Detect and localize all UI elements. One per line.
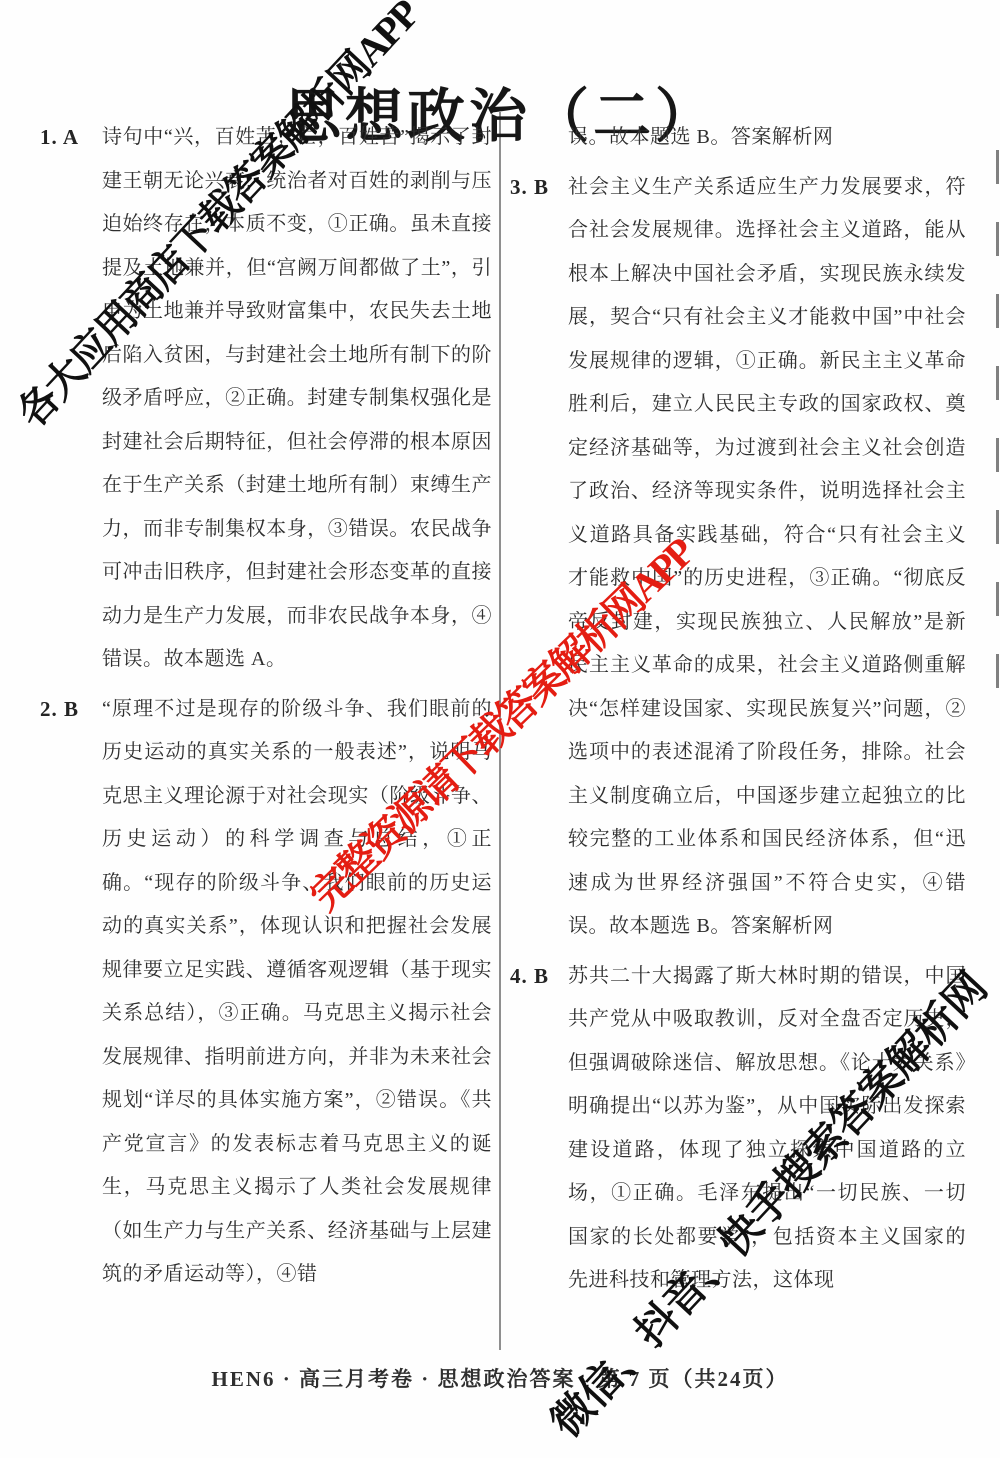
answer-columns: 1. A 诗句中“兴，百姓苦；亡，百姓苦”揭示了封建王朝无论兴衰，统治者对百姓的… bbox=[40, 116, 968, 1366]
answer-label: 1. A bbox=[40, 116, 102, 682]
left-column: 1. A 诗句中“兴，百姓苦；亡，百姓苦”揭示了封建王朝无论兴衰，统治者对百姓的… bbox=[40, 116, 492, 1366]
answer-text: 误。故本题选 B。答案解析网 bbox=[568, 116, 966, 160]
answer-item-4: 4. B 苏共二十大揭露了斯大林时期的错误，中国共产党从中吸取教训，反对全盘否定… bbox=[510, 955, 966, 1303]
answer-label: 4. B bbox=[510, 955, 568, 1303]
answer-label: 3. B bbox=[510, 166, 568, 949]
answer-item-1: 1. A 诗句中“兴，百姓苦；亡，百姓苦”揭示了封建王朝无论兴衰，统治者对百姓的… bbox=[40, 116, 492, 682]
answer-item-2: 2. B “原理不过是现存的阶级斗争、我们眼前的历史运动的真实关系的一般表述”，… bbox=[40, 688, 492, 1297]
exam-answer-page: 各大应用商店下载答案解析网APP 完整资源请下载答案解析网APP 微信、抖音、快… bbox=[0, 0, 1000, 1458]
right-column: 误。故本题选 B。答案解析网 3. B 社会主义生产关系适应生产力发展要求，符合… bbox=[510, 116, 966, 1366]
answer-label bbox=[510, 116, 568, 160]
answer-text: 苏共二十大揭露了斯大林时期的错误，中国共产党从中吸取教训，反对全盘否定历史，但强… bbox=[568, 955, 966, 1303]
answer-item-2-continuation: 误。故本题选 B。答案解析网 bbox=[510, 116, 966, 160]
answer-label: 2. B bbox=[40, 688, 102, 1297]
answer-item-3: 3. B 社会主义生产关系适应生产力发展要求，符合社会发展规律。选择社会主义道路… bbox=[510, 166, 966, 949]
answer-text: 社会主义生产关系适应生产力发展要求，符合社会发展规律。选择社会主义道路，能从根本… bbox=[568, 166, 966, 949]
scan-edge-artifact bbox=[996, 150, 999, 710]
answer-text: 诗句中“兴，百姓苦；亡，百姓苦”揭示了封建王朝无论兴衰，统治者对百姓的剥削与压迫… bbox=[102, 116, 492, 682]
page-footer: HEN6 · 高三月考卷 · 思想政治答案 第 7 页（共24页） bbox=[0, 1363, 1000, 1393]
answer-text: “原理不过是现存的阶级斗争、我们眼前的历史运动的真实关系的一般表述”，说明马克思… bbox=[102, 688, 492, 1297]
